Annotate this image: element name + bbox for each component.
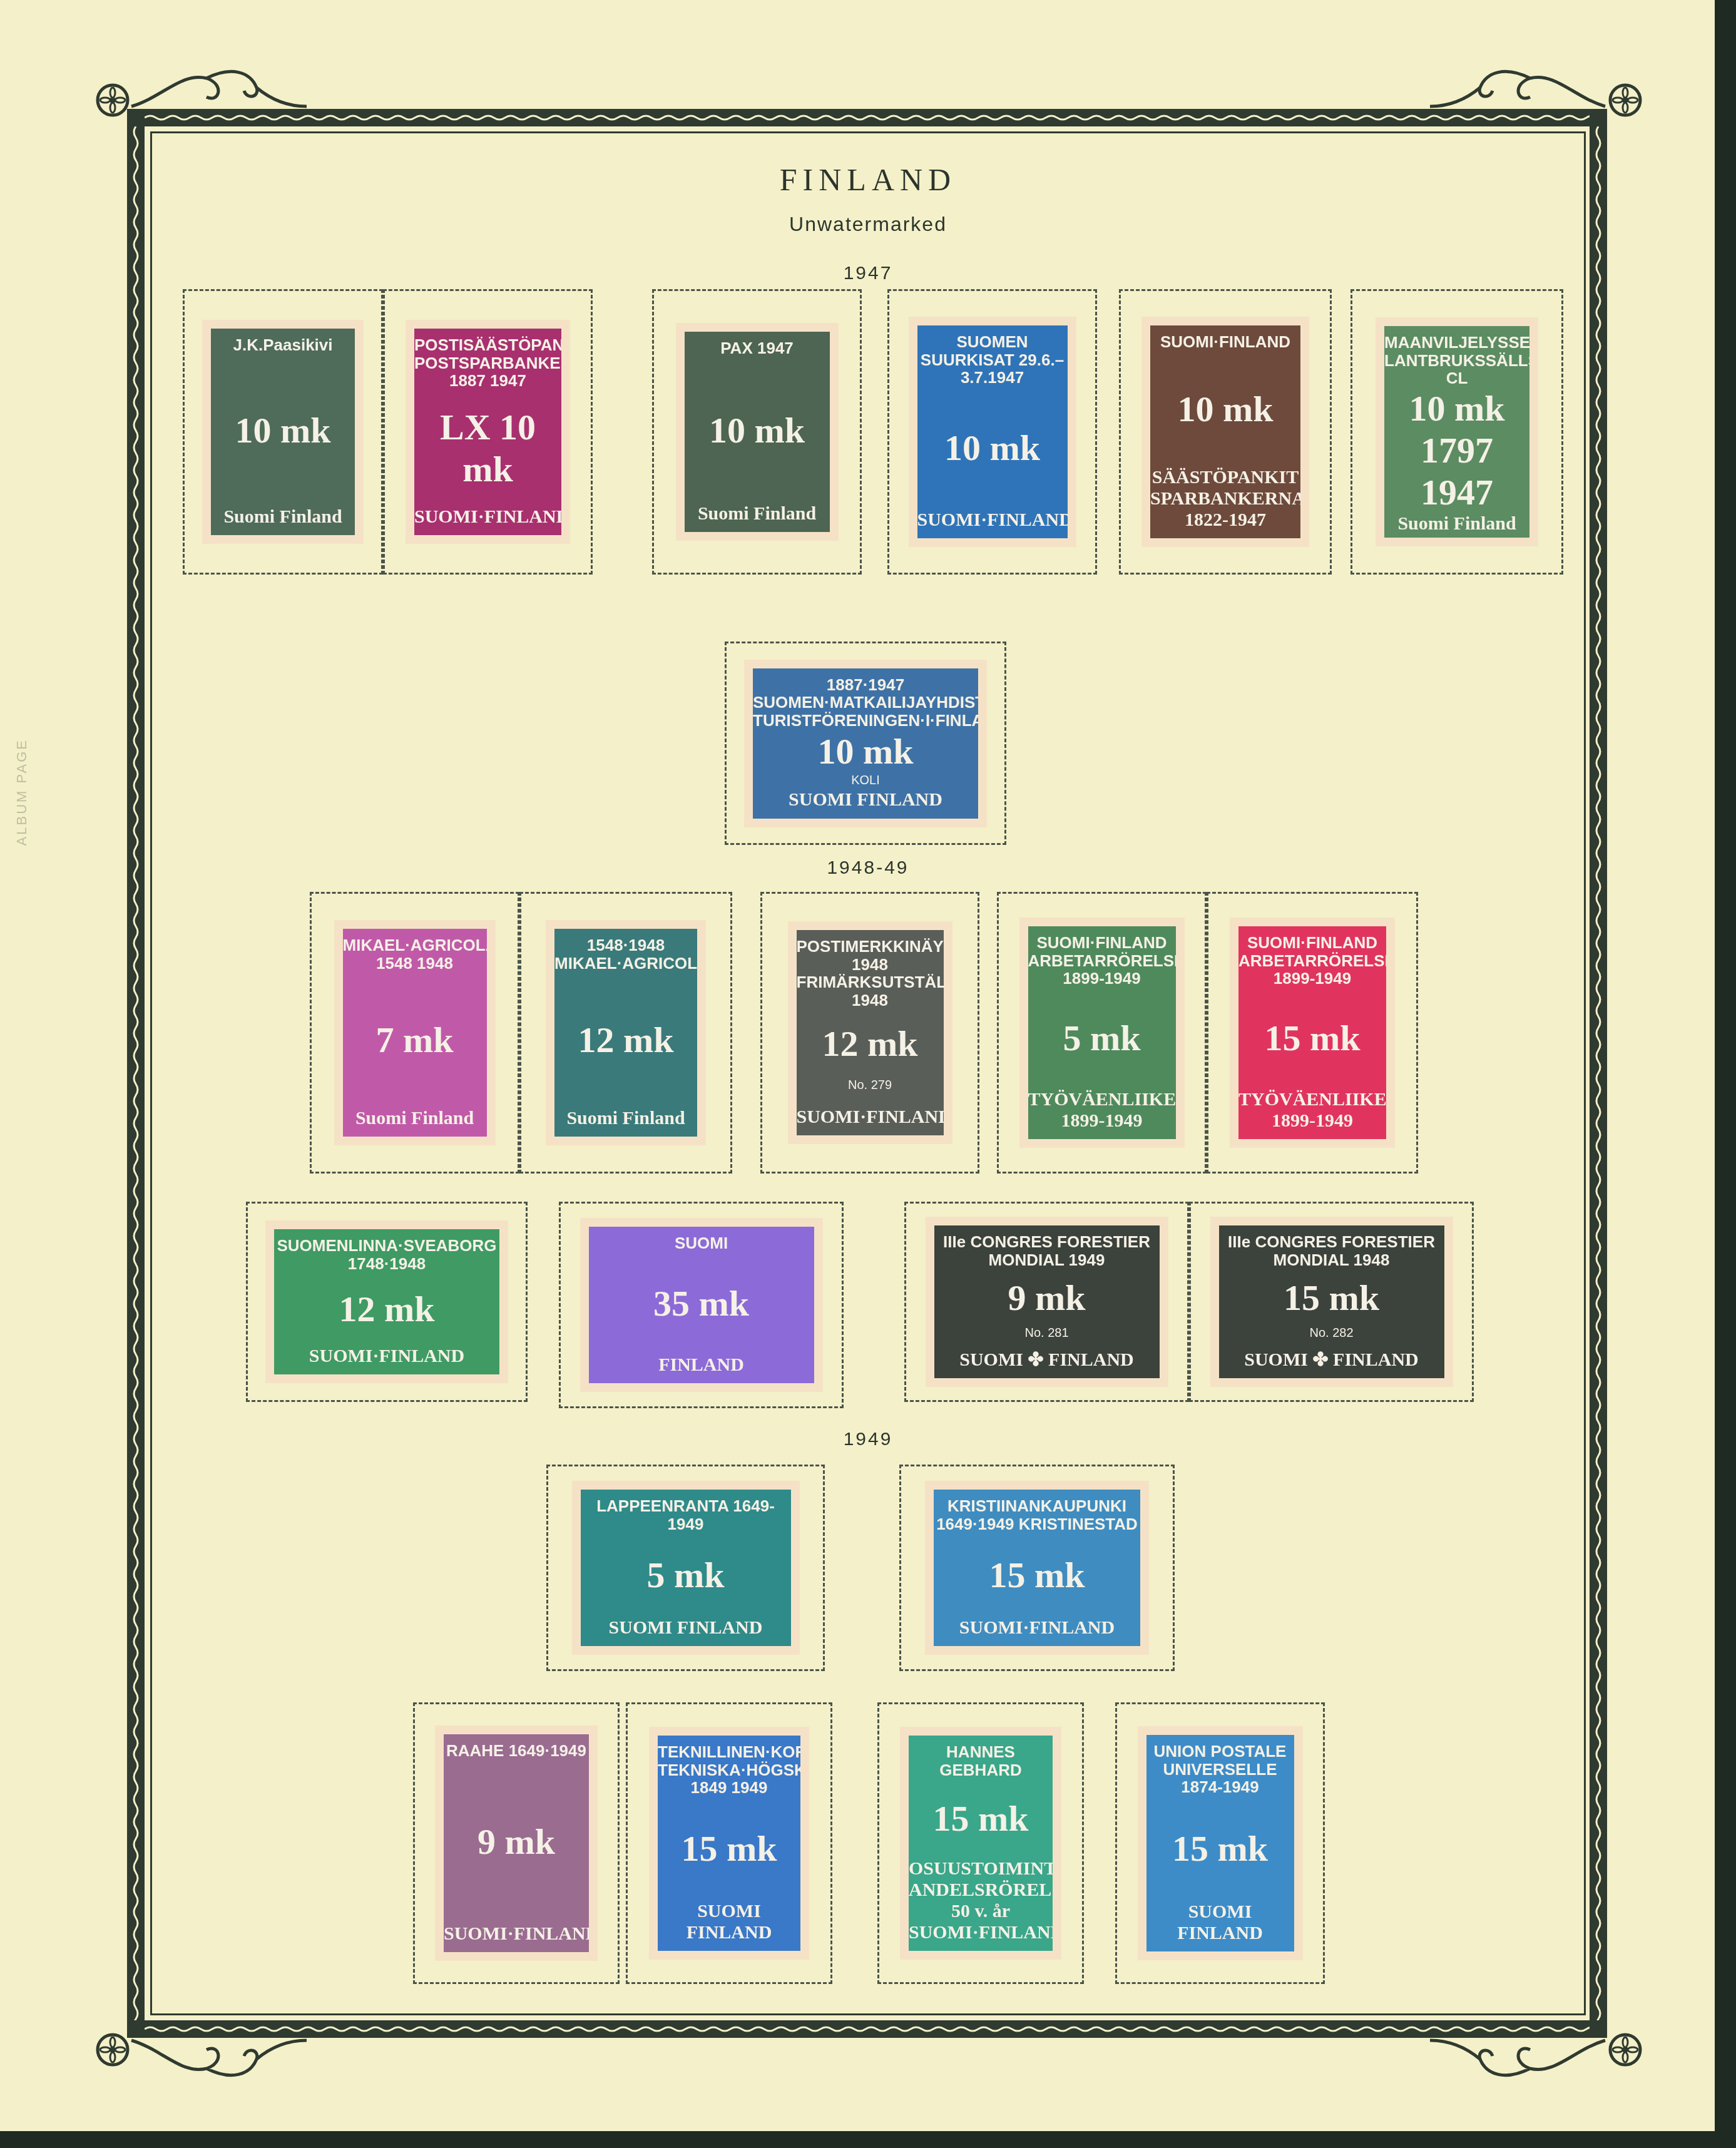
- stamp-country-inscription: Suomi Finland: [685, 503, 830, 532]
- stamp[interactable]: J.K.Paasikivi10 mkSuomi Finland: [211, 329, 355, 535]
- stamp-country-inscription: SUOMI·FINLAND: [934, 1617, 1140, 1646]
- stamp[interactable]: UNION POSTALE UNIVERSELLE 1874-194915 mk…: [1146, 1735, 1294, 1951]
- stamp[interactable]: IIIe CONGRES FORESTIER MONDIAL 19499 mkN…: [934, 1225, 1160, 1378]
- stamp-denomination: 15 mk: [1264, 1017, 1360, 1059]
- stamp[interactable]: TEKNILLINEN·KORKEAKOULU TEKNISKA·HÖGSKOL…: [658, 1736, 800, 1951]
- stamp-top-inscription: UNION POSTALE UNIVERSELLE 1874-1949: [1146, 1735, 1294, 1796]
- stamp[interactable]: SUOMI·FINLAND10 mkSÄÄSTÖPANKIT SPARBANKE…: [1150, 325, 1300, 538]
- stamp[interactable]: SUOMI·FINLAND ARBETARRÖRELSEN 1899-19495…: [1028, 926, 1176, 1139]
- stamp-top-inscription: SUOMI: [589, 1227, 814, 1252]
- stamp-top-inscription: MIKAEL·AGRICOLA 1548 1948: [343, 929, 487, 972]
- stamp[interactable]: IIIe CONGRES FORESTIER MONDIAL 194815 mk…: [1219, 1225, 1444, 1378]
- stamp-country-inscription: Suomi Finland: [211, 506, 355, 535]
- stamp-top-inscription: SUOMEN SUURKISAT 29.6.–3.7.1947: [917, 325, 1068, 387]
- stamp-country-inscription: SUOMI FINLAND: [753, 789, 978, 818]
- border-wave-top: [145, 113, 1590, 122]
- stamp-top-inscription: POSTIMERKKINÄYTTELY 1948 FRIMÄRKSUTSTÄLL…: [797, 930, 944, 1009]
- stamp[interactable]: LAPPEENRANTA 1649-19495 mkSUOMI FINLAND: [581, 1490, 791, 1646]
- stamp-country-inscription: SUOMI ✤ FINLAND: [1219, 1349, 1444, 1378]
- stamp-top-inscription: SUOMI·FINLAND ARBETARRÖRELSEN 1899-1949: [1028, 926, 1176, 988]
- stamp-denomination: 10 mk: [235, 409, 330, 451]
- stamp[interactable]: SUOMI·FINLAND ARBETARRÖRELSEN 1899-19491…: [1238, 926, 1386, 1139]
- stamp-country-inscription: SUOMI FINLAND: [581, 1617, 791, 1646]
- border-wave-left: [131, 126, 140, 2020]
- stamp[interactable]: POSTIMERKKINÄYTTELY 1948 FRIMÄRKSUTSTÄLL…: [797, 930, 944, 1135]
- stamp-country-inscription: SUOMI FINLAND: [1146, 1901, 1294, 1951]
- stamp-top-inscription: KRISTIINANKAUPUNKI 1649·1949 KRISTINESTA…: [934, 1490, 1140, 1533]
- stamp-top-inscription: HANNES GEBHARD: [909, 1736, 1053, 1779]
- stamp[interactable]: SUOMEN SUURKISAT 29.6.–3.7.194710 mkSUOM…: [917, 325, 1068, 538]
- stamp[interactable]: MIKAEL·AGRICOLA 1548 19487 mkSuomi Finla…: [343, 929, 487, 1137]
- stamp-top-inscription: TEKNILLINEN·KORKEAKOULU TEKNISKA·HÖGSKOL…: [658, 1736, 800, 1797]
- stamp-top-inscription: POSTISÄÄSTÖPANKKI POSTSPARBANKEN 1887 19…: [414, 329, 561, 390]
- stamp[interactable]: PAX 194710 mkSuomi Finland: [685, 332, 830, 532]
- stamp[interactable]: SUOMENLINNA·SVEABORG 1748·194812 mkSUOMI…: [274, 1229, 499, 1374]
- section-year-1949: 1949: [0, 1429, 1736, 1450]
- scroll-ornament-icon: [125, 59, 313, 110]
- stamp-top-inscription: 1548·1948 MIKAEL·AGRICOLA: [554, 929, 697, 972]
- stamp-denomination: 5 mk: [646, 1554, 724, 1596]
- stamp-top-inscription: SUOMENLINNA·SVEABORG 1748·1948: [274, 1229, 499, 1272]
- stamp-denomination: 7 mk: [375, 1019, 453, 1061]
- stamp-denomination: 35 mk: [653, 1282, 749, 1324]
- border-wave-right: [1594, 126, 1603, 2020]
- stamp-denomination: 10 mk: [817, 730, 913, 772]
- stamp-denomination: 5 mk: [1063, 1017, 1140, 1059]
- stamp-top-inscription: IIIe CONGRES FORESTIER MONDIAL 1949: [934, 1225, 1160, 1269]
- stamp-country-inscription: Suomi Finland: [1384, 513, 1529, 538]
- stamp[interactable]: POSTISÄÄSTÖPANKKI POSTSPARBANKEN 1887 19…: [414, 329, 561, 535]
- stamp-top-inscription: SUOMI·FINLAND: [1150, 325, 1300, 351]
- scroll-ornament-icon: [1424, 2037, 1611, 2087]
- stamp-top-inscription: J.K.Paasikivi: [211, 329, 355, 354]
- stamp-country-inscription: SUOMI ✤ FINLAND: [934, 1349, 1160, 1378]
- stamp-denomination: 12 mk: [339, 1288, 434, 1330]
- stamp-top-inscription: IIIe CONGRES FORESTIER MONDIAL 1948: [1219, 1225, 1444, 1269]
- stamp-caption: No. 281: [1024, 1326, 1068, 1341]
- stamp[interactable]: SUOMI35 mkFINLAND: [589, 1227, 814, 1383]
- stamp-top-inscription: RAAHE 1649·1949: [444, 1734, 589, 1760]
- stamp[interactable]: RAAHE 1649·19499 mkSUOMI·FINLAND: [444, 1734, 589, 1952]
- stamp-country-inscription: TYÖVÄENLIIKE 1899-1949: [1028, 1089, 1176, 1139]
- page-title: FINLAND: [0, 161, 1736, 198]
- album-page: ALBUM PAGE FINLAND Unwatermarked 1947 19…: [0, 0, 1715, 2131]
- margin-bleed-text: ALBUM PAGE: [14, 739, 30, 846]
- stamp-denomination: 10 mk: [1177, 388, 1273, 430]
- stamp-caption: No. 282: [1309, 1326, 1353, 1341]
- stamp-denomination: 15 mk: [681, 1828, 777, 1869]
- stamp-denomination: 10 mk 1797 1947: [1384, 387, 1529, 513]
- scroll-ornament-icon: [125, 2037, 313, 2087]
- stamp-denomination: 12 mk: [578, 1019, 673, 1061]
- stamp[interactable]: KRISTIINANKAUPUNKI 1649·1949 KRISTINESTA…: [934, 1490, 1140, 1646]
- page-subtitle: Unwatermarked: [0, 213, 1736, 236]
- stamp-country-inscription: Suomi Finland: [343, 1108, 487, 1137]
- stamp-denomination: 9 mk: [477, 1821, 555, 1863]
- stamp-denomination: 12 mk: [822, 1023, 917, 1065]
- stamp-country-inscription: SUOMI FINLAND: [658, 1901, 800, 1951]
- stamp-denomination: 10 mk: [944, 427, 1040, 469]
- stamp-caption: KOLI: [851, 774, 880, 788]
- stamp-top-inscription: LAPPEENRANTA 1649-1949: [581, 1490, 791, 1533]
- stamp-country-inscription: SUOMI·FINLAND: [444, 1923, 589, 1952]
- section-year-1947: 1947: [0, 263, 1736, 284]
- stamp-country-inscription: TYÖVÄENLIIKE 1899-1949: [1238, 1089, 1386, 1139]
- stamp[interactable]: HANNES GEBHARD15 mkOSUUSTOIMINTA ANDELSR…: [909, 1736, 1053, 1951]
- scroll-ornament-icon: [1424, 59, 1611, 110]
- stamp-top-inscription: 1887·1947 SUOMEN·MATKAILIJAYHDISTYS TURI…: [753, 668, 978, 730]
- stamp-denomination: 9 mk: [1008, 1277, 1085, 1319]
- stamp-top-inscription: MAANVILJELYSSEURAT LANTBRUKSSÄLLSKAPEN C…: [1384, 326, 1529, 387]
- stamp-denomination: LX 10 mk: [414, 406, 561, 490]
- stamp-country-inscription: SUOMI·FINLAND: [917, 509, 1068, 538]
- stamp[interactable]: MAANVILJELYSSEURAT LANTBRUKSSÄLLSKAPEN C…: [1384, 326, 1529, 538]
- stamp-denomination: 15 mk: [1172, 1828, 1268, 1869]
- stamp-country-inscription: OSUUSTOIMINTA ANDELSRÖRELSE 50 v. år SUO…: [909, 1858, 1053, 1951]
- stamp-country-inscription: Suomi Finland: [554, 1108, 697, 1137]
- stamp-country-inscription: SÄÄSTÖPANKIT SPARBANKERNA 1822-1947: [1150, 467, 1300, 538]
- stamp-denomination: 15 mk: [989, 1554, 1085, 1596]
- stamp-top-inscription: PAX 1947: [685, 332, 830, 357]
- stamp[interactable]: 1548·1948 MIKAEL·AGRICOLA12 mkSuomi Finl…: [554, 929, 697, 1137]
- stamp[interactable]: 1887·1947 SUOMEN·MATKAILIJAYHDISTYS TURI…: [753, 668, 978, 819]
- stamp-denomination: 15 mk: [1284, 1277, 1379, 1319]
- section-year-1948-49: 1948-49: [0, 857, 1736, 879]
- stamp-top-inscription: SUOMI·FINLAND ARBETARRÖRELSEN 1899-1949: [1238, 926, 1386, 988]
- stamp-country-inscription: FINLAND: [589, 1354, 814, 1383]
- stamp-country-inscription: SUOMI·FINLAND: [274, 1346, 499, 1374]
- stamp-country-inscription: SUOMI·FINLAND: [414, 506, 561, 535]
- border-wave-bottom: [145, 2025, 1590, 2033]
- stamp-denomination: 10 mk: [709, 409, 805, 451]
- stamp-denomination: 15 mk: [932, 1798, 1028, 1839]
- stamp-country-inscription: SUOMI·FINLAND: [797, 1107, 944, 1135]
- stamp-caption: No. 279: [848, 1078, 892, 1093]
